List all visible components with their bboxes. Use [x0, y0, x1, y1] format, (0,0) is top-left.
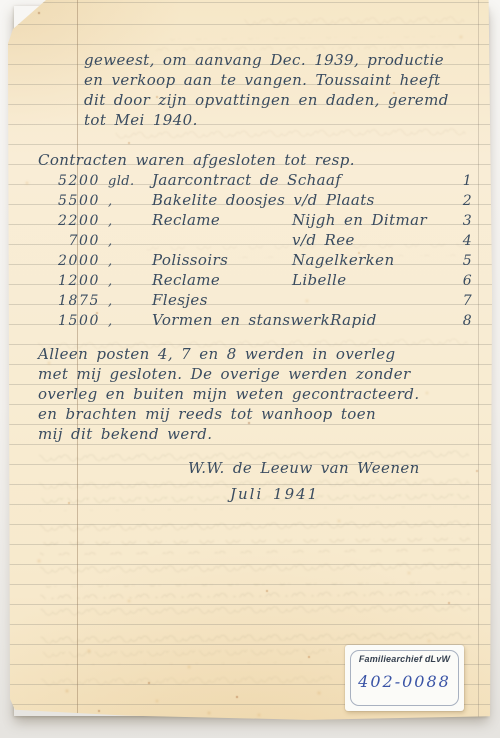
contract-party: Rapid	[330, 310, 450, 330]
archive-number: 402-0088	[345, 672, 464, 691]
handwritten-line: mij dit bekend werd.	[38, 424, 419, 444]
contract-description: Bakelite doosjes v/d Plaats	[152, 190, 375, 210]
contract-currency: ,	[100, 252, 152, 272]
handwritten-line: geweest, om aanvang Dec. 1939, productie	[84, 50, 449, 70]
contract-number: 2	[450, 191, 472, 211]
contract-currency: ,	[100, 272, 152, 292]
contract-number: 8	[450, 311, 472, 331]
contract-currency: ,	[100, 232, 152, 252]
contract-amount: 5500	[38, 191, 100, 211]
contract-currency: ,	[100, 292, 152, 312]
document-page: geweest, om aanvang Dec. 1939, productie…	[8, 0, 492, 722]
contract-number: 1	[450, 171, 472, 191]
contract-row: 1500 , Vormen en stanswerk Rapid 8	[38, 310, 472, 330]
contract-amount: 1500	[38, 311, 100, 331]
contract-description: Vormen en stanswerk	[152, 310, 330, 330]
contract-party: Libelle	[292, 270, 450, 290]
contract-description: Flesjes	[152, 290, 292, 310]
contract-number: 5	[450, 251, 472, 271]
contract-row: 1200 , Reclame Libelle 6	[38, 270, 472, 290]
contract-amount: 2200	[38, 211, 100, 231]
contract-description: Jaarcontract de Schaaf	[152, 170, 341, 190]
contract-party: Nijgh en Ditmar	[292, 210, 450, 230]
contract-number: 4	[450, 231, 472, 251]
handwritten-line: tot Mei 1940.	[84, 110, 449, 130]
contract-number: 6	[450, 271, 472, 291]
contract-description: Reclame	[152, 270, 292, 290]
handwritten-line: overleg en buiten mijn weten gecontracte…	[38, 384, 419, 404]
handwritten-line: met mij gesloten. De overige werden zond…	[38, 364, 419, 384]
contract-row: 2200 , Reclame Nijgh en Ditmar 3	[38, 210, 472, 230]
contract-amount: 2000	[38, 251, 100, 271]
contract-row: 5200 gld. Jaarcontract de Schaaf 1	[38, 170, 472, 190]
archive-name: Familiearchief dLvW	[345, 654, 464, 664]
contract-number: 7	[450, 291, 472, 311]
paragraph-remarks: Alleen posten 4, 7 en 8 werden in overle…	[38, 344, 419, 444]
contract-row: 5500 , Bakelite doosjes v/d Plaats 2	[38, 190, 472, 210]
handwritten-line: en brachten mij reeds tot wanhoop toen	[38, 404, 419, 424]
contract-row: 1875 , Flesjes 7	[38, 290, 472, 310]
signature: W.W. de Leeuw van Weenen	[188, 459, 420, 477]
contract-party: Nagelkerken	[292, 250, 450, 270]
contract-currency: ,	[100, 192, 152, 212]
contracts-list: 5200 gld. Jaarcontract de Schaaf 1 5500 …	[38, 170, 472, 330]
contract-currency: ,	[100, 312, 152, 332]
paragraph-intro: geweest, om aanvang Dec. 1939, productie…	[84, 50, 449, 130]
contract-row: 700 , v/d Ree 4	[38, 230, 472, 250]
age-spots	[8, 0, 10, 2]
contract-number: 3	[450, 211, 472, 231]
contract-amount: 1875	[38, 291, 100, 311]
handwritten-line: dit door zijn opvattingen en daden, gere…	[84, 90, 449, 110]
contract-currency: gld.	[100, 172, 152, 192]
handwritten-line: Alleen posten 4, 7 en 8 werden in overle…	[38, 344, 419, 364]
contracts-heading: Contracten waren afgesloten tot resp.	[38, 150, 355, 170]
contract-party: v/d Ree	[292, 230, 450, 250]
contract-amount: 700	[38, 231, 100, 251]
fold-line	[478, 0, 479, 722]
contract-amount: 5200	[38, 171, 100, 191]
contract-currency: ,	[100, 212, 152, 232]
contract-description: Reclame	[152, 210, 292, 230]
photo-background: geweest, om aanvang Dec. 1939, productie…	[0, 0, 500, 738]
contract-amount: 1200	[38, 271, 100, 291]
date: Juli 1941	[230, 485, 319, 503]
archive-sticker: Familiearchief dLvW 402-0088	[345, 645, 464, 711]
handwritten-line: en verkoop aan te vangen. Toussaint heef…	[84, 70, 449, 90]
contract-description: Polissoirs	[152, 250, 292, 270]
contract-row: 2000 , Polissoirs Nagelkerken 5	[38, 250, 472, 270]
